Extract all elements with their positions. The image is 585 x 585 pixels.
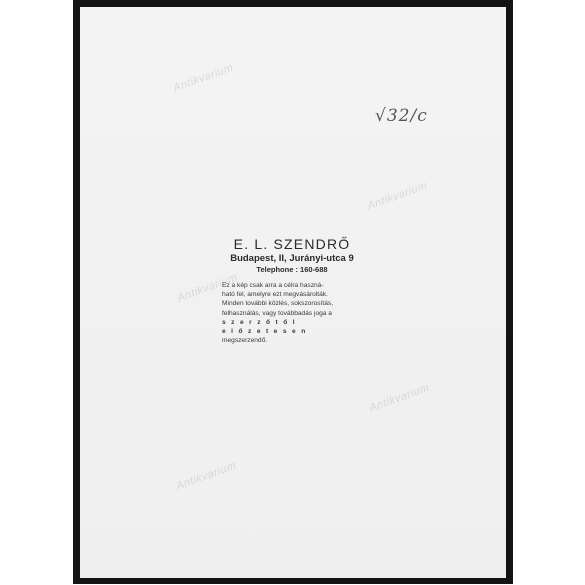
notice-line: szerzőtől előzetesen bbox=[222, 318, 368, 336]
studio-address: Budapest, II, Jurányi-utca 9 bbox=[212, 253, 372, 265]
copyright-notice: Ez a kép csak arra a célra haszná- ható … bbox=[212, 281, 372, 345]
notice-line: felhasználás, vagy továbbadás joga a bbox=[222, 309, 368, 318]
notice-line: megszerzendő. bbox=[222, 336, 368, 345]
notice-line: Ez a kép csak arra a célra haszná- bbox=[222, 281, 368, 290]
studio-telephone: Telephone : 160-688 bbox=[212, 265, 372, 275]
photographer-stamp: E. L. SZENDRŐ Budapest, II, Jurányi-utca… bbox=[212, 236, 372, 345]
handwritten-catalog-number: √32/c bbox=[375, 106, 428, 126]
notice-line: ható fel, amelyre ezt megvásárolták. bbox=[222, 290, 368, 299]
notice-line: Minden további közlés, sokszorosítás, bbox=[222, 299, 368, 308]
studio-name: E. L. SZENDRŐ bbox=[212, 236, 372, 253]
